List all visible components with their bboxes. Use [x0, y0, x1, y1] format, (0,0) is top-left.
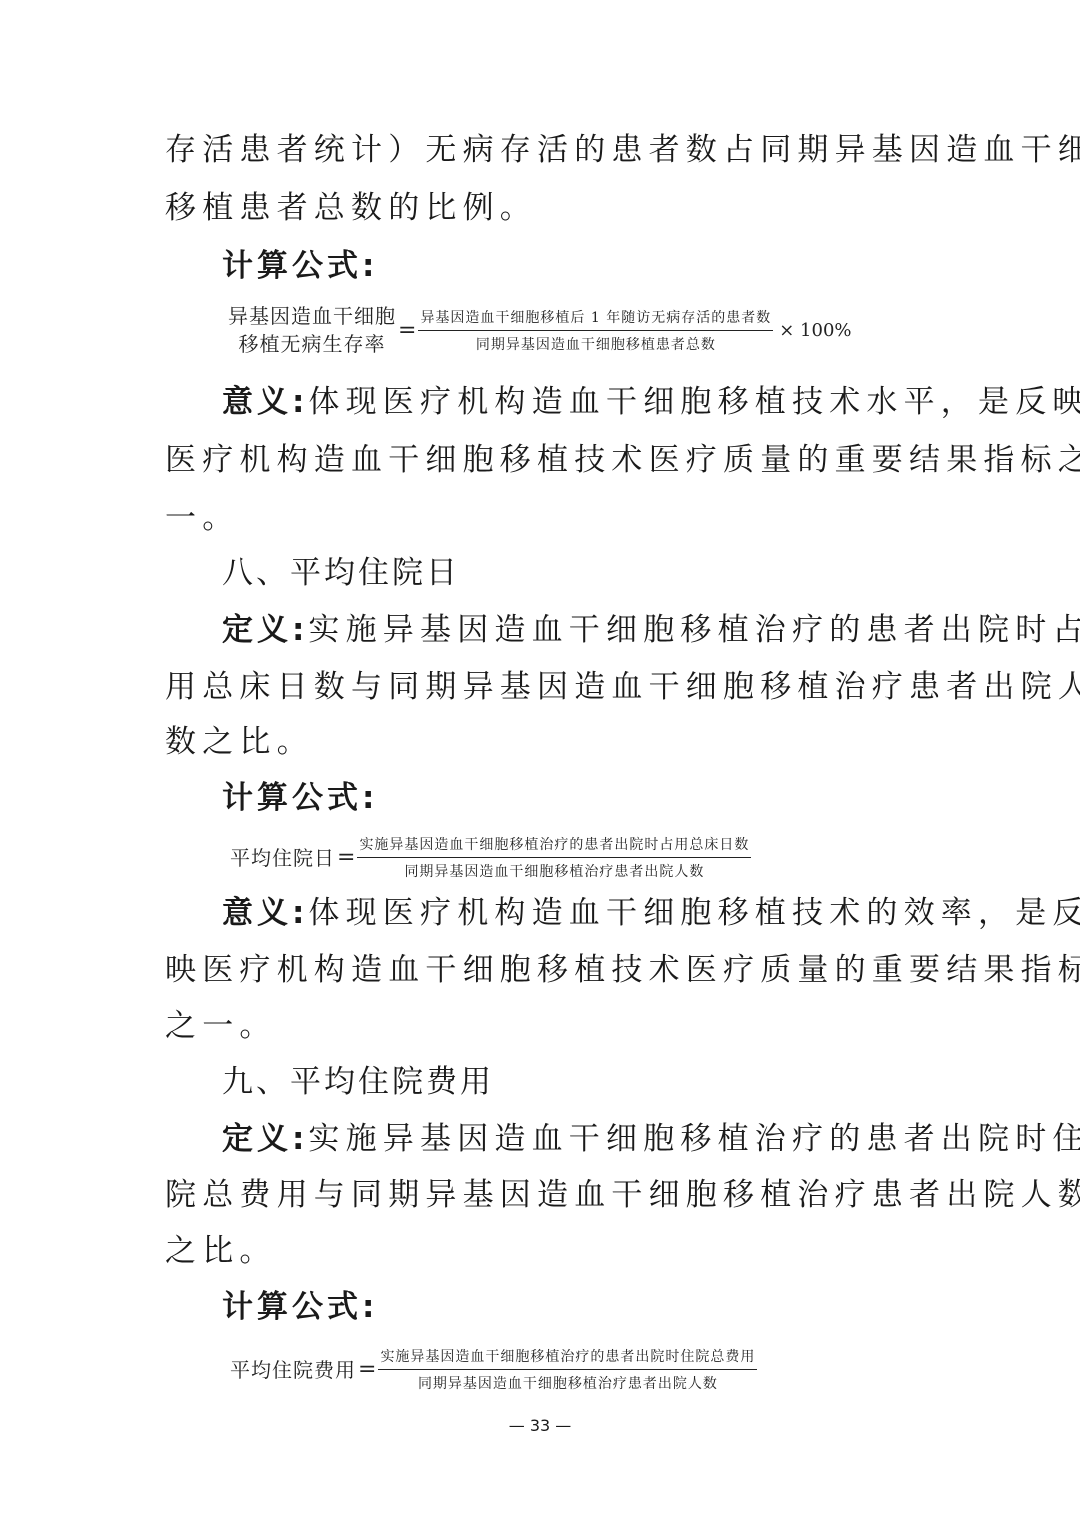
- paragraph-line: 之一。: [165, 1006, 277, 1046]
- denominator: 同期异基因造血干细胞移植治疗患者出院人数: [404, 858, 704, 881]
- meaning-label: 意义:: [222, 384, 308, 420]
- fraction: 异基因造血干细胞移植后 1 年随访无病存活的患者数 同期异基因造血干细胞移植患者…: [418, 307, 773, 354]
- paragraph-line: 映医疗机构造血干细胞移植技术医疗质量的重要结果指标: [165, 950, 1080, 990]
- definition-paragraph: 定义:实施异基因造血干细胞移植治疗的患者出院时住: [222, 1119, 1080, 1159]
- formula-lhs-line: 异基因造血干细胞: [228, 302, 396, 330]
- meaning-paragraph: 意义:体现医疗机构造血干细胞移植技术水平，是反映: [222, 382, 1080, 422]
- section-heading: 九、平均住院费用: [222, 1062, 494, 1102]
- formula-label: 计算公式:: [222, 1287, 378, 1327]
- numerator: 实施异基因造血干细胞移植治疗的患者出院时住院总费用: [378, 1346, 757, 1370]
- paragraph-line: 院总费用与同期异基因造血干细胞移植治疗患者出院人数: [165, 1175, 1080, 1215]
- meaning-paragraph: 意义:体现医疗机构造血干细胞移植技术的效率，是反: [222, 893, 1080, 933]
- equals-sign: =: [398, 318, 416, 343]
- paragraph-line: 医疗机构造血干细胞移植技术医疗质量的重要结果指标之: [165, 440, 1080, 480]
- paragraph-line: 数之比。: [165, 722, 314, 762]
- formula-lhs: 平均住院费用: [230, 1356, 356, 1384]
- paragraph-text: 体现医疗机构造血干细胞移植技术水平，是反映: [308, 384, 1080, 420]
- definition-paragraph: 定义:实施异基因造血干细胞移植治疗的患者出院时占: [222, 610, 1080, 650]
- paragraph-line: 一。: [165, 498, 239, 538]
- paragraph-line: 存活患者统计）无病存活的患者数占同期异基因造血干细胞: [165, 130, 1080, 170]
- paragraph-text: 实施异基因造血干细胞移植治疗的患者出院时住: [308, 1121, 1080, 1157]
- fraction: 实施异基因造血干细胞移植治疗的患者出院时住院总费用 同期异基因造血干细胞移植治疗…: [378, 1346, 757, 1393]
- formula-label: 计算公式:: [222, 778, 378, 818]
- formula-avg-stay: 平均住院日 = 实施异基因造血干细胞移植治疗的患者出院时占用总床日数 同期异基因…: [230, 834, 751, 881]
- equals-sign: =: [358, 1357, 376, 1382]
- numerator: 异基因造血干细胞移植后 1 年随访无病存活的患者数: [418, 307, 773, 331]
- fraction: 实施异基因造血干细胞移植治疗的患者出院时占用总床日数 同期异基因造血干细胞移植治…: [357, 834, 751, 881]
- formula-survival-rate: 异基因造血干细胞 移植无病生存率 = 异基因造血干细胞移植后 1 年随访无病存活…: [228, 302, 852, 358]
- formula-lhs: 平均住院日: [230, 844, 335, 872]
- paragraph-text: 体现医疗机构造血干细胞移植技术的效率，是反: [308, 895, 1080, 931]
- paragraph-line: 用总床日数与同期异基因造血干细胞移植治疗患者出院人: [165, 667, 1080, 707]
- definition-label: 定义:: [222, 612, 308, 648]
- denominator: 同期异基因造血干细胞移植治疗患者出院人数: [418, 1370, 718, 1393]
- formula-lhs: 异基因造血干细胞 移植无病生存率: [228, 302, 396, 358]
- equals-sign: =: [337, 845, 355, 870]
- multiplier: × 100%: [779, 320, 851, 341]
- denominator: 同期异基因造血干细胞移植患者总数: [476, 331, 716, 354]
- formula-label: 计算公式:: [222, 246, 378, 286]
- section-heading: 八、平均住院日: [222, 553, 460, 593]
- paragraph-line: 移植患者总数的比例。: [165, 188, 537, 228]
- formula-lhs-line: 移植无病生存率: [228, 330, 396, 358]
- meaning-label: 意义:: [222, 895, 308, 931]
- paragraph-line: 之比。: [165, 1231, 277, 1271]
- formula-avg-cost: 平均住院费用 = 实施异基因造血干细胞移植治疗的患者出院时住院总费用 同期异基因…: [230, 1346, 757, 1393]
- paragraph-text: 实施异基因造血干细胞移植治疗的患者出院时占: [308, 612, 1080, 648]
- numerator: 实施异基因造血干细胞移植治疗的患者出院时占用总床日数: [357, 834, 751, 858]
- definition-label: 定义:: [222, 1121, 308, 1157]
- page-number: — 33 —: [0, 1416, 1080, 1435]
